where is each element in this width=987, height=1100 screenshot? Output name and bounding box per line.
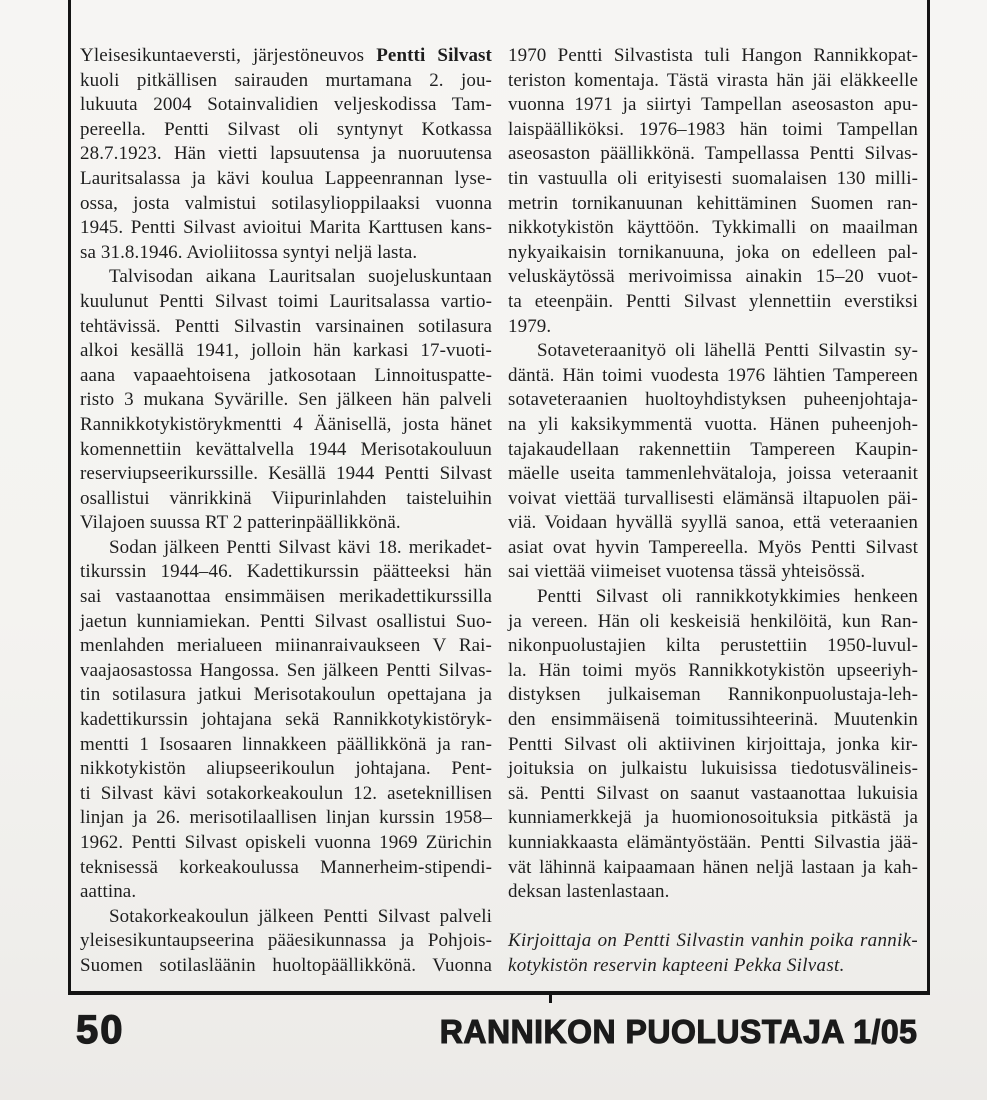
text-line: voivat viettää turvallisesti elämänsä il… [508,487,918,512]
text-line: reserviupseerikurssille. Kesällä 1944 Pe… [80,462,492,487]
text-line: jaetun kunniamiekan. Pentti Silvast osal… [80,610,492,635]
text-line: kunniamerkkejä ja huomionosoituksia pitk… [508,806,918,831]
text-line: ossa, josta valmistui sotilasylioppilaak… [80,192,492,217]
text-line: viä. Voidaan hyvällä syyllä sanoa, että … [508,511,918,536]
text-line: aana vapaaehtoisena jatkosotaan Linnoitu… [80,364,492,389]
text-line: linjan ja 26. merisotilaallisen linjan k… [80,806,492,831]
text-line: komennettiin kevättalvella 1944 Merisota… [80,438,492,463]
text-line: osallistui vänrikkinä Viipurinlahden tai… [80,487,492,512]
text-line: teknisessä korkeakoulussa Mannerheim-sti… [80,856,492,881]
text-line: Suomen sotilasläänin huoltopäällikkönä. … [80,954,492,979]
text-line: aseosaston päällikkönä. Tampellassa Pent… [508,142,918,167]
magazine-page: Yleisesikuntaeversti, järjestöneuvos Pen… [0,0,987,1100]
text-line: ja vereen. Hän oli keskeisiä henkilöitä,… [508,610,918,635]
text-line: sa 31.8.1946. Avioliitossa syntyi neljä … [80,241,492,266]
left-column: Yleisesikuntaeversti, järjestöneuvos Pen… [80,44,492,979]
page-border-right [927,0,930,995]
text-line: 1945. Pentti Silvast avioitui Marita Kar… [80,216,492,241]
text-line: nikkotykistön käyttöön. Tykkimalli on ma… [508,216,918,241]
journal-title: RANNIKON PUOLUSTAJA 1/05 [439,1013,917,1051]
text-line: vaajaosastossa Hangossa. Sen jälkeen Pen… [80,659,492,684]
text-line: metrin tornikanuunan kehittäminen Suomen… [508,192,918,217]
text-line: 1979. [508,315,918,340]
text-line: Lauritsalassa ja kävi koulua Lappeenrann… [80,167,492,192]
text-line: nikonpuolustajien kilta perustettiin 195… [508,634,918,659]
text-line: deksan lastenlastaan. [508,880,918,905]
text-line: 1962. Pentti Silvast opiskeli vuonna 196… [80,831,492,856]
text-line: Rannikkotykistörykmentti 4 Äänisellä, jo… [80,413,492,438]
page-number: 50 [76,1008,125,1053]
text-line: tin sotilasura jatkui Merisotakoulun ope… [80,683,492,708]
text-line: Vilajoen suussa RT 2 patterinpäällikkönä… [80,511,492,536]
text-line: sotaveteraanien huoltoyhdistyksen puheen… [508,388,918,413]
text-line: na yli kaksikymmentä vuotta. Hänen puhee… [508,413,918,438]
text-line: risto 3 mukana Syvärille. Sen jälkeen hä… [80,388,492,413]
page-border-bottom [68,991,930,995]
text-line: den ensimmäisenä toimitussihteerinä. Muu… [508,708,918,733]
text-line: Talvisodan aikana Lauritsalan suojelusku… [80,265,492,290]
text-line: 28.7.1923. Hän vietti lapsuutensa ja nuo… [80,142,492,167]
page-border-left [68,0,71,995]
text-line: sä. Pentti Silvast on saanut vastaanotta… [508,782,918,807]
text-line: veluskäytössä merivoimissa ainakin 15–20… [508,265,918,290]
text-line: asiat ovat hyvin Tampereella. Myös Pentt… [508,536,918,561]
text-line: mentti 1 Isosaaren linnakkeen päällikkön… [80,733,492,758]
text-line: nykyaikaisin tornikanuuna, joka on edell… [508,241,918,266]
text-line: menlahden merialueen miinanraivaukseen V… [80,634,492,659]
text-line: Sodan jälkeen Pentti Silvast kävi 18. me… [80,536,492,561]
text-line: kuoli pitkällisen sairauden murtamana 2.… [80,69,492,94]
text-line: däntä. Hän toimi vuodesta 1976 lähtien T… [508,364,918,389]
text-line: yleisesikuntaupseerina pääesikunnassa ja… [80,929,492,954]
text-line: tikurssin 1944–46. Kadettikurssin päätte… [80,560,492,585]
text-line: tin vastuulla oli erityisesti suomalaise… [508,167,918,192]
text-line: distyksen julkaiseman Rannikonpuolustaja… [508,683,918,708]
text-line: tehtävissä. Pentti Silvastin varsinainen… [80,315,492,340]
text-line: ta eteenpäin. Pentti Silvast ylennettiin… [508,290,918,315]
text-line: sai viettää viimeiset vuotensa tässä yht… [508,560,918,585]
text-line: kotykistön reservin kapteeni Pekka Silva… [508,954,918,979]
text-line: teriston komentaja. Tästä virasta hän jä… [508,69,918,94]
text-line: laispäälliköksi. 1976–1983 hän toimi Tam… [508,118,918,143]
text-line: pereella. Pentti Silvast oli syntynyt Ko… [80,118,492,143]
text-line: 1970 Pentti Silvastista tuli Hangon Rann… [508,44,918,69]
text-line: nikkotykistön aliupseerikoulun johtajana… [80,757,492,782]
text-line: Pentti Silvast oli rannikkotykkimies hen… [508,585,918,610]
text-line: aattina. [80,880,492,905]
right-column: 1970 Pentti Silvastista tuli Hangon Rann… [508,44,918,979]
text-line: kadettikurssin johtajana sekä Rannikkoty… [80,708,492,733]
text-line: la. Hän toimi myös Rannikkotykistön upse… [508,659,918,684]
text-line: sai vastaanottaa ensimmäisen merikadetti… [80,585,492,610]
text-line: alkoi kesällä 1941, jolloin hän karkasi … [80,339,492,364]
text-line: Sotaveteraanityö oli lähellä Pentti Silv… [508,339,918,364]
text-line [508,905,918,930]
text-line: mäelle useita tammenlehvätaloja, joissa … [508,462,918,487]
text-line: joituksia on julkaistu lukuisissa tiedot… [508,757,918,782]
text-line: lukuuta 2004 Sotainvalidien veljeskodiss… [80,93,492,118]
text-line: ti Silvast kävi sotakorkeakoulun 12. ase… [80,782,492,807]
text-line: kuulunut Pentti Silvast toimi Lauritsala… [80,290,492,315]
text-line: Yleisesikuntaeversti, järjestöneuvos Pen… [80,44,492,69]
text-line: kunniakkaasta elämäntyöstään. Pentti Sil… [508,831,918,856]
text-line: tajakaudellaan rakennettiin Tampereen Ka… [508,438,918,463]
text-line: Sotakorkeakoulun jälkeen Pentti Silvast … [80,905,492,930]
border-tick-mark [549,991,552,1003]
text-line: vät lähinnä kaipaamaan hänen neljä lasta… [508,856,918,881]
text-line: vuonna 1971 ja siirtyi Tampellan aseosas… [508,93,918,118]
text-line: Pentti Silvast oli aktiivinen kirjoittaj… [508,733,918,758]
text-line: Kirjoittaja on Pentti Silvastin vanhin p… [508,929,918,954]
